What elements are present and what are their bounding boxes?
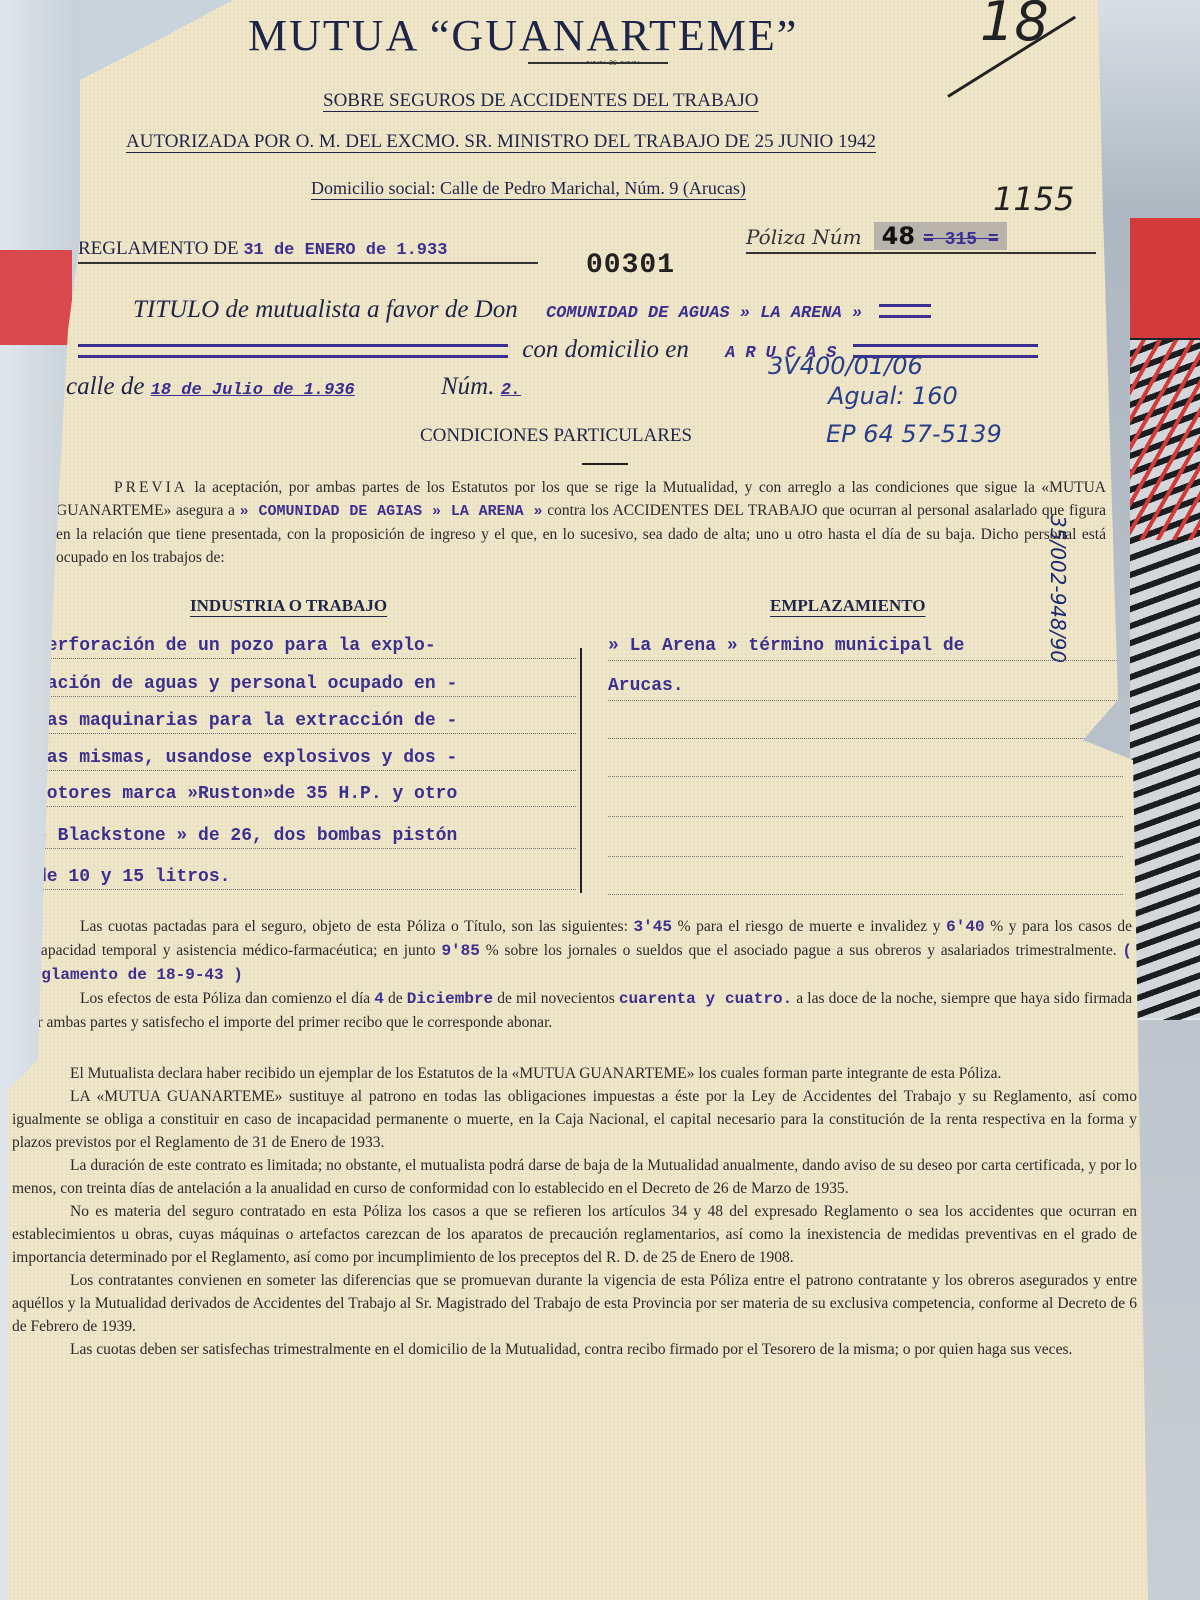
notebook-red-spiral bbox=[1130, 340, 1200, 540]
registered-address: Domicilio social: Calle de Pedro Maricha… bbox=[311, 178, 746, 199]
ornament-icon: ~~~ ∞ ~~~ bbox=[586, 55, 640, 70]
temporary-rate: 6'40 bbox=[946, 918, 984, 936]
document-number: 00301 bbox=[586, 250, 675, 281]
location-column-header: EMPLAZAMIENTO bbox=[770, 596, 926, 616]
poliza-number-field: Póliza Núm 48= 315 = bbox=[746, 222, 1096, 254]
industry-line: de 10 y 15 litros. bbox=[36, 867, 576, 890]
insurance-policy-document: MUTUA “GUANARTEME” ~~~ ∞ ~~~ SOBRE SEGUR… bbox=[8, 0, 1148, 1600]
start-day: 4 bbox=[374, 990, 384, 1008]
location-line bbox=[608, 752, 1123, 777]
location-line bbox=[608, 792, 1123, 817]
industry-line: tación de aguas y personal ocupado en - bbox=[36, 674, 576, 697]
company-title: MUTUA “GUANARTEME” bbox=[248, 10, 798, 61]
clause-statutes: El Mutualista declara haber recibido un … bbox=[12, 1062, 1137, 1085]
industry-column-header: INDUSTRIA O TRABAJO bbox=[190, 596, 387, 616]
num-label: Núm. bbox=[441, 373, 494, 400]
calle-line: calle de 18 de Julio de 1.936 Núm. 2. bbox=[66, 373, 521, 401]
total-rate: 9'85 bbox=[441, 942, 479, 960]
poliza-struck-value: = 315 = bbox=[923, 230, 999, 250]
calle-value: 18 de Julio de 1.936 bbox=[151, 381, 355, 400]
poliza-value: 48= 315 = bbox=[874, 222, 1007, 250]
conditions-heading: CONDICIONES PARTICULARES bbox=[420, 425, 692, 447]
insured-party: » COMUNIDAD DE AGIAS » LA ARENA » bbox=[240, 503, 543, 520]
location-line bbox=[608, 714, 1123, 739]
handwritten-1155: 1155 bbox=[993, 180, 1074, 218]
titulo-label: TITULO de mutualista a favor de Don bbox=[133, 296, 518, 323]
industry-line: las mismas, usandose explosivos y dos - bbox=[36, 748, 576, 771]
clause-jurisdiction: Los contratantes convienen en someter la… bbox=[12, 1269, 1137, 1338]
reglamento-label: REGLAMENTO DE bbox=[78, 238, 239, 259]
titulo-line: TITULO de mutualista a favor de Don COMU… bbox=[133, 296, 931, 324]
location-line bbox=[608, 832, 1123, 857]
red-folder-tab bbox=[0, 250, 72, 345]
fill-line bbox=[78, 344, 508, 358]
notebook-red-cover bbox=[1130, 218, 1200, 338]
location-line bbox=[608, 870, 1123, 895]
start-month: Diciembre bbox=[407, 990, 493, 1008]
start-year: cuarenta y cuatro. bbox=[619, 990, 792, 1008]
heading-rule bbox=[582, 463, 628, 465]
industry-line: » Blackstone » de 26, dos bombas pistón bbox=[36, 826, 576, 849]
previa-paragraph: PREVIA la aceptación, por ambas partes d… bbox=[56, 476, 1106, 569]
handwritten-18: 18 bbox=[980, 0, 1049, 53]
clause-exclusions: No es materia del seguro contratado en e… bbox=[12, 1200, 1137, 1269]
handwritten-ep-number: EP 64 57-5139 bbox=[826, 420, 1002, 448]
poliza-label: Póliza Núm bbox=[746, 225, 862, 249]
reglamento-line: REGLAMENTO DE 31 de ENERO de 1.933 bbox=[78, 238, 538, 264]
num-value: 2. bbox=[501, 381, 521, 400]
industry-line: motores marca »Ruston»de 35 H.P. y otro bbox=[36, 784, 576, 807]
industry-line: Perforación de un pozo para la explo- bbox=[36, 636, 576, 659]
title-ornament: ~~~ ∞ ~~~ bbox=[528, 62, 668, 70]
clause-payment: Las cuotas deben ser satisfechas trimest… bbox=[12, 1338, 1137, 1361]
clauses: El Mutualista declara haber recibido un … bbox=[12, 1062, 1137, 1361]
quotas-paragraph: Las cuotas pactadas para el seguro, obje… bbox=[22, 915, 1132, 1034]
beneficiary-name: COMUNIDAD DE AGUAS » LA ARENA » bbox=[546, 304, 862, 323]
subtitle: SOBRE SEGUROS DE ACCIDENTES DEL TRABAJO bbox=[323, 90, 758, 112]
fill-line bbox=[879, 304, 931, 318]
column-divider bbox=[580, 648, 582, 893]
previa-word: PREVIA bbox=[114, 479, 188, 496]
location-line: Arucas. bbox=[608, 676, 1123, 701]
calle-label: calle de bbox=[66, 373, 144, 400]
authorization-line: AUTORIZADA POR O. M. DEL EXCMO. SR. MINI… bbox=[126, 131, 876, 153]
death-rate: 3'45 bbox=[634, 918, 672, 936]
clause-substitution: LA «MUTUA GUANARTEME» sustituye al patro… bbox=[12, 1085, 1137, 1154]
clause-duration: La duración de este contrato es limitada… bbox=[12, 1154, 1137, 1200]
reglamento-date: 31 de ENERO de 1.933 bbox=[243, 241, 447, 260]
domicilio-label: con domicilio en bbox=[522, 336, 689, 363]
industry-line: las maquinarias para la extracción de - bbox=[36, 711, 576, 734]
handwritten-agual: Agual: 160 bbox=[828, 382, 958, 410]
location-line: » La Arena » término municipal de bbox=[608, 636, 1123, 661]
handwritten-code: 3V400/01/06 bbox=[768, 352, 923, 380]
